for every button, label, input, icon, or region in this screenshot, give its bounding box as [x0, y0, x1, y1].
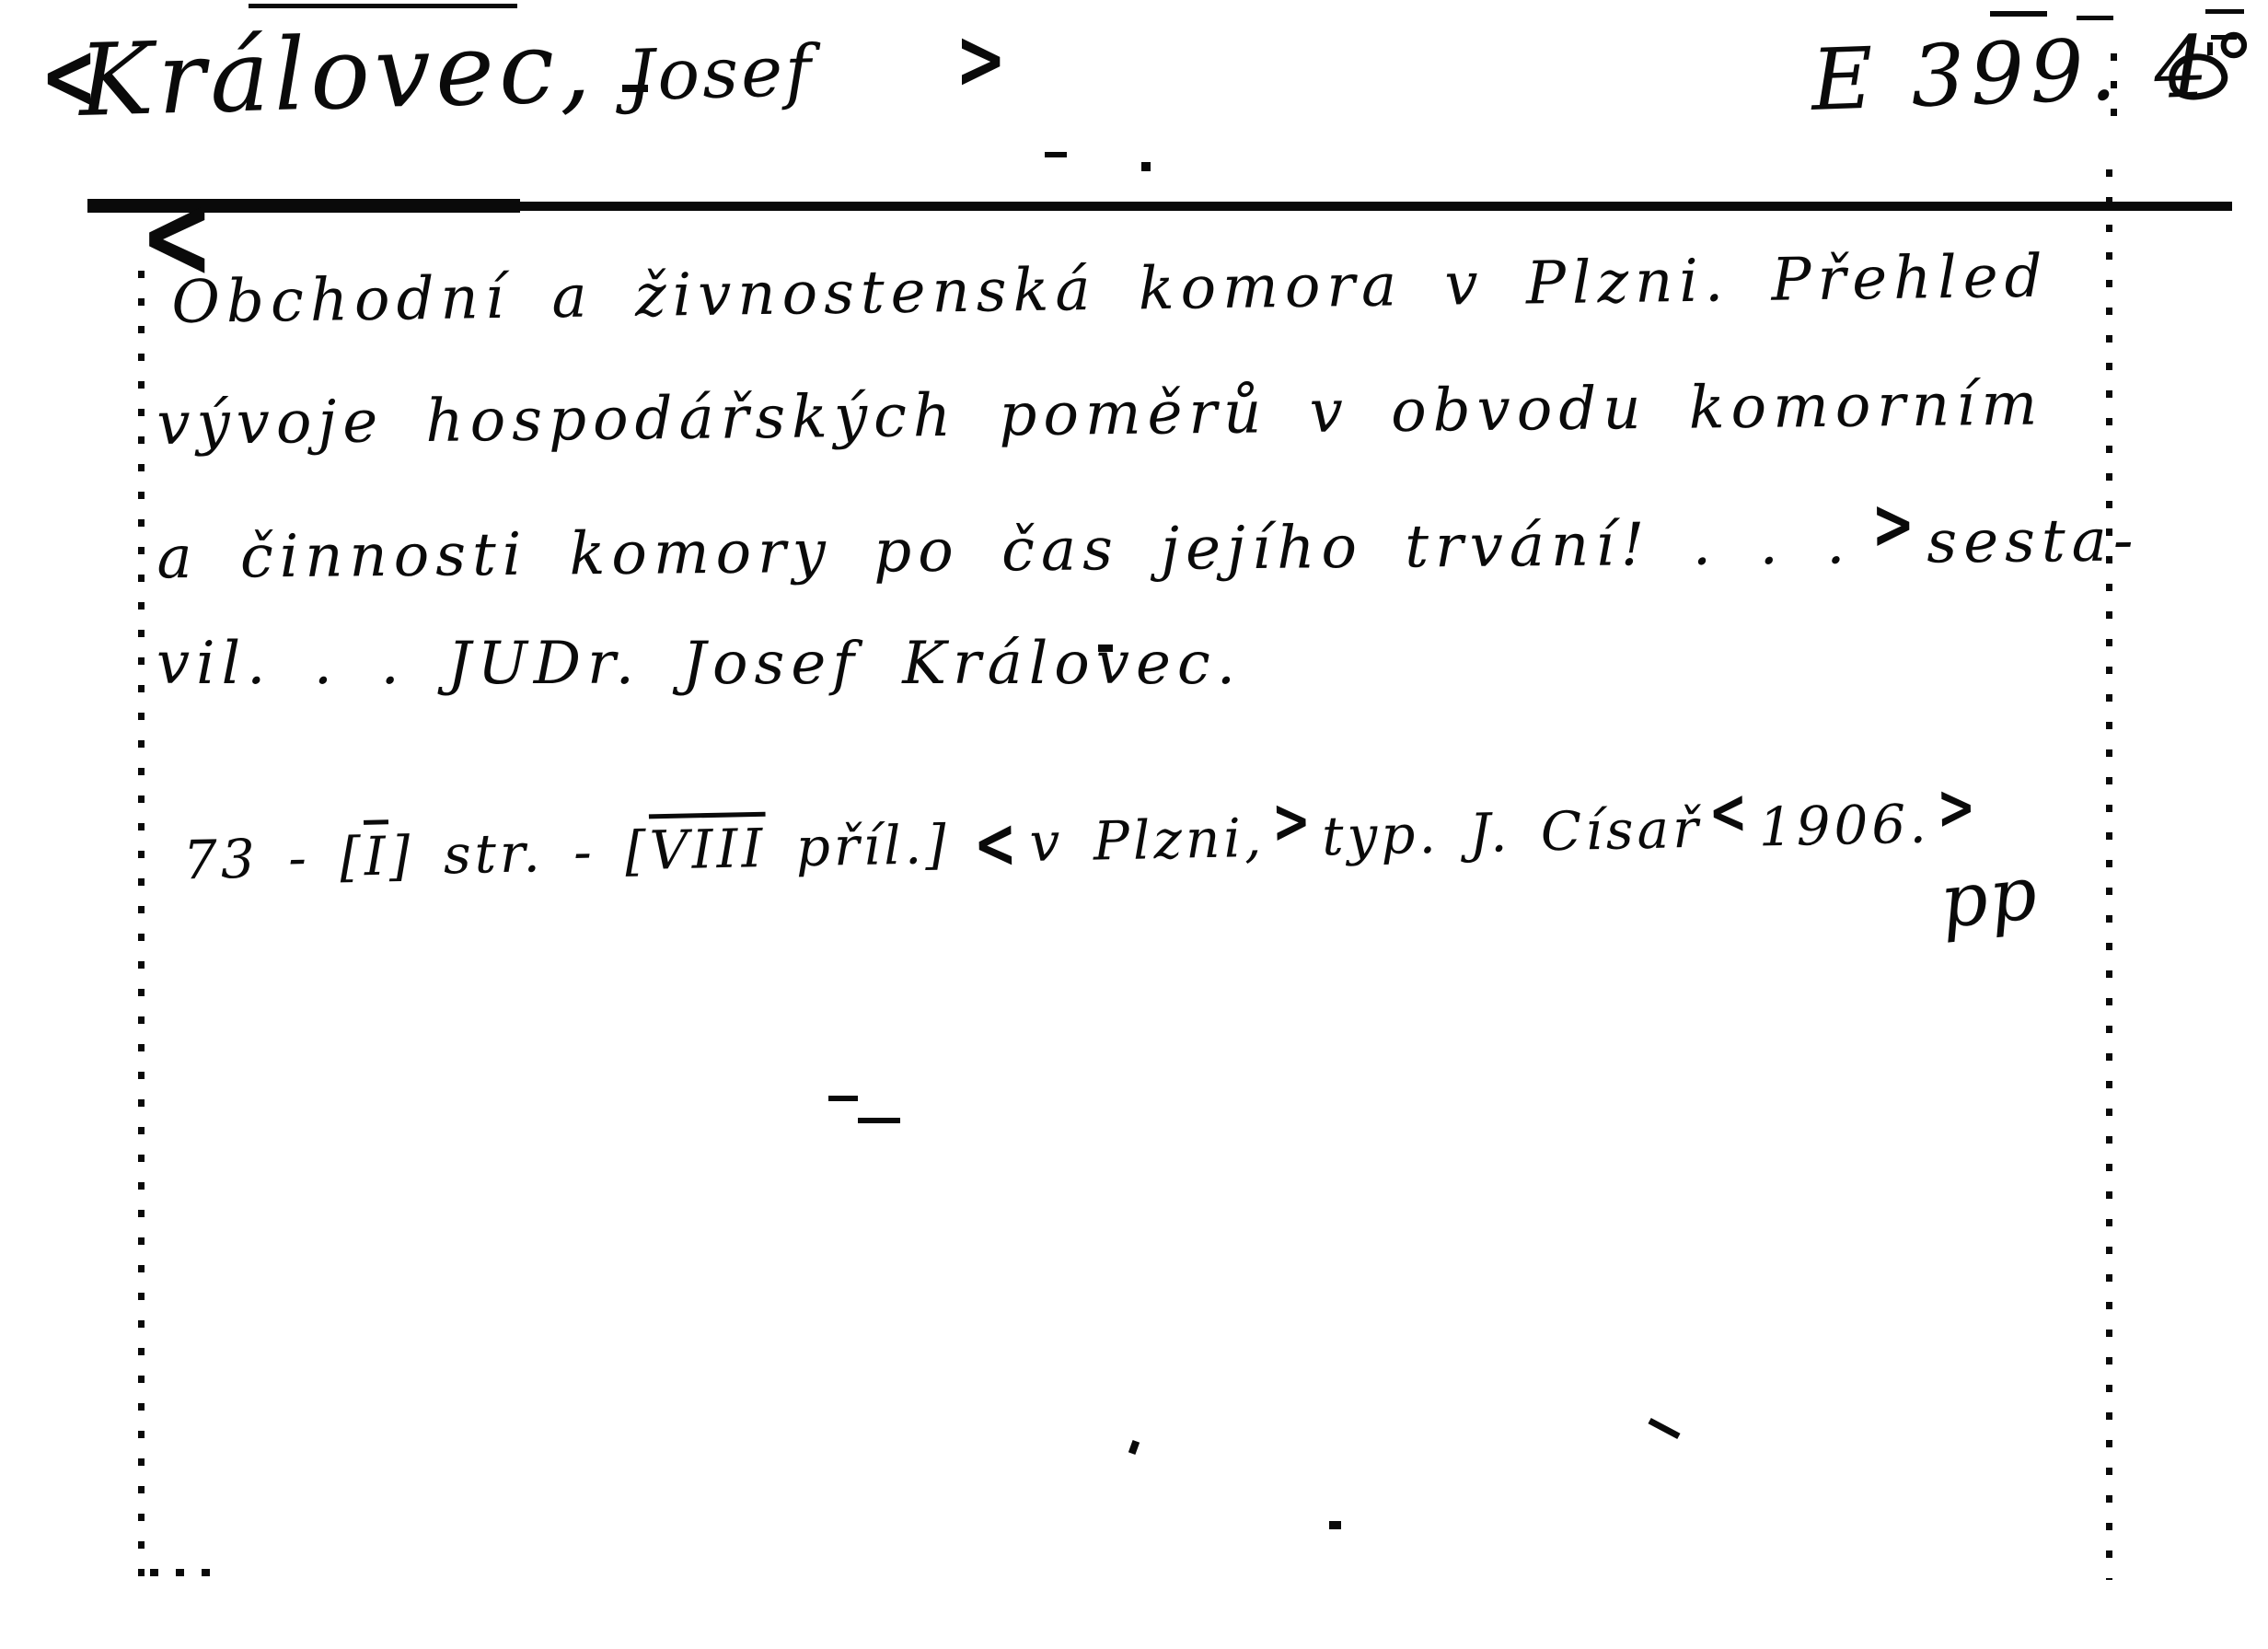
bottom-left-corner-mark [150, 1569, 216, 1576]
catalog-card-scan: < Královec,Josef > E 399. 4° < Obchodní … [0, 0, 2268, 1649]
ink-speck [1141, 162, 1151, 171]
title-line-2: vývoje hospodářských poměrů v obvodu kom… [156, 371, 2044, 459]
ink-speck [1990, 11, 2047, 17]
ink-speck [1128, 1440, 1140, 1455]
collation-mid: ] str. - [ [388, 819, 650, 888]
title-line-3-text: a činnosti komory po čas jejího trvání! … [156, 509, 1852, 592]
ink-speck [249, 4, 517, 8]
ink-speck [622, 85, 648, 92]
author-last-name: Královec, [77, 9, 596, 139]
insertion-caret-close-icon: > [1271, 784, 1315, 857]
title-line-3-hyphenated-word: sesta- [1927, 507, 2140, 577]
ink-speck [1045, 152, 1067, 157]
title-line-3: a činnosti komory po čas jejího trvání! … [156, 493, 2140, 592]
plates-roman-numeral: VIII [649, 817, 767, 882]
right-dotted-border [2106, 169, 2112, 1580]
call-number-dotted-separator [2111, 53, 2117, 125]
ink-speck [1098, 645, 1113, 652]
insertion-caret-open-icon: < [1708, 775, 1753, 848]
collation-suffix: příl.] [766, 813, 951, 879]
ink-speck [858, 1118, 900, 1123]
ink-speck [2077, 16, 2113, 20]
title-line-4: vil. . . JUDr. Josef Královec. [156, 630, 1242, 698]
ink-speck [2205, 9, 2244, 14]
insertion-caret-open-icon: < [973, 804, 1022, 886]
page-count-prefix: 73 - [ [182, 825, 364, 891]
left-dotted-border [138, 271, 145, 1576]
publication-year: 1906. [1758, 793, 1930, 859]
place-of-publication: v Plzni, [1029, 807, 1266, 874]
insertion-caret-close-icon: > [955, 12, 1006, 108]
author-first-name: Josef [626, 29, 816, 117]
insertion-caret-close-icon: > [1936, 771, 1980, 843]
ink-speck [1648, 1418, 1680, 1439]
ink-blot-tick [2207, 42, 2213, 55]
ink-speck [1329, 1521, 1341, 1529]
pages-roman-numeral: I [364, 825, 389, 888]
collation-line: 73 - [I] str. - [VIII příl.]<v Plzni,>ty… [182, 780, 1987, 891]
ink-speck [2211, 35, 2237, 40]
ink-speck [828, 1096, 858, 1101]
publisher: typ. J. Císař [1321, 797, 1702, 868]
cataloger-initials: pp [1936, 850, 2042, 946]
author-heading: Královec,Josef [77, 4, 816, 139]
insertion-caret-close-icon: > [1871, 484, 1922, 565]
title-line-1: Obchodní a živnostenská komora v Plzni. … [171, 243, 2049, 337]
